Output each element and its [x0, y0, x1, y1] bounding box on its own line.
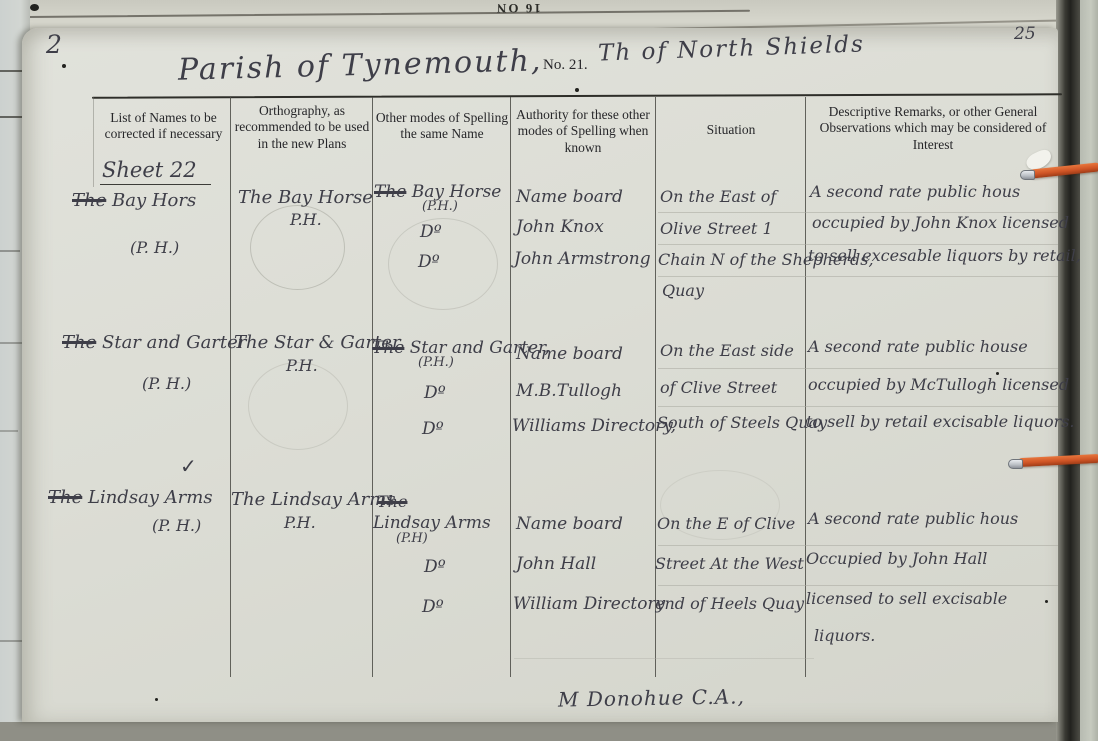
struck-word: The — [72, 190, 106, 211]
ditto-mark: Dº — [422, 597, 444, 617]
ph-abbrev: (P. H.) — [152, 516, 201, 535]
guide-line — [658, 368, 1058, 369]
ink-speck — [1045, 600, 1048, 603]
place-name: Lindsay Arms — [88, 487, 213, 508]
column-divider — [372, 97, 373, 677]
remarks-entry: Occupied by John Hall — [806, 549, 987, 568]
remarks-entry: occupied by McTullogh licensed — [808, 375, 1069, 394]
authority-entry: William Directory — [513, 594, 665, 614]
column-divider — [510, 97, 511, 677]
header-list-of-names: List of Names to be corrected if necessa… — [97, 110, 230, 143]
authority-entry: Name board — [516, 187, 623, 207]
place-name: Bay Hors — [112, 190, 196, 211]
ruled-line — [0, 640, 22, 642]
ink-speck — [575, 88, 579, 92]
ph-abbrev: (P.H) — [396, 531, 428, 546]
authority-entry: Williams Directory, — [512, 416, 676, 436]
ph-abbrev: P.H. — [284, 513, 316, 532]
embossed-stamp-ring — [248, 362, 348, 450]
header-authority: Authority for these other modes of Spell… — [512, 107, 654, 156]
struck-word: The — [372, 338, 404, 358]
remarks-entry: A second rate public hous — [810, 182, 1020, 201]
authority-entry: Name board — [516, 514, 623, 534]
check-mark: ✓ — [180, 454, 197, 478]
embossed-stamp-ring — [250, 205, 345, 290]
situation-entry: On the East of — [660, 187, 776, 206]
column-divider — [655, 97, 656, 677]
remarks-entry: to sell excesable liquors by retail, — [808, 246, 1081, 265]
other-modes-entry: Lindsay Arms — [373, 513, 491, 533]
situation-entry: Street At the West — [655, 554, 804, 573]
remarks-entry: A second rate public hous — [808, 509, 1018, 528]
ph-abbrev: (P.H.) — [418, 355, 454, 370]
sheet-heading: Sheet 22 — [100, 158, 211, 185]
remarks-entry: liquors. — [814, 626, 875, 645]
examiner-signature: M Donohue C.A., — [558, 684, 745, 711]
ink-speck — [62, 64, 66, 68]
embossed-stamp-ring — [388, 218, 498, 310]
header-situation: Situation — [657, 122, 805, 138]
ink-speck — [155, 698, 158, 701]
guide-line — [658, 244, 1058, 245]
header-orthography: Orthography, as recommended to be used i… — [233, 103, 371, 152]
ruled-line — [0, 342, 22, 344]
ditto-mark: Dº — [422, 419, 444, 439]
lace-aglet — [1008, 459, 1023, 469]
guide-line — [658, 406, 1058, 407]
overleaf-print: 16 ON — [495, 0, 541, 16]
ph-abbrev: (P. H.) — [130, 238, 179, 257]
guide-line — [658, 276, 1058, 277]
list-name-entry: The Star and Garter — [62, 332, 246, 353]
situation-entry: South of Steels Quay — [657, 413, 827, 432]
column-divider — [230, 97, 231, 677]
guide-line — [658, 585, 1058, 586]
opposite-page-sliver — [1080, 0, 1098, 741]
ruled-line — [0, 250, 20, 252]
remarks-entry: to sell by retail excisable liquors. — [806, 412, 1075, 431]
ph-abbrev: (P.H.) — [422, 199, 458, 214]
authority-entry: John Knox — [516, 217, 604, 237]
list-name-entry: The Lindsay Arms — [48, 487, 213, 508]
book-gutter-shadow — [1056, 0, 1082, 741]
page-number-left: 2 — [46, 30, 62, 59]
page-number-right: 25 — [1014, 24, 1036, 44]
lace-aglet — [1020, 170, 1035, 180]
header-other-modes: Other modes of Spelling the same Name — [375, 110, 509, 143]
remarks-entry: occupied by John Knox licensed — [812, 213, 1069, 232]
list-name-entry: The Bay Hors — [72, 190, 196, 211]
column-divider — [93, 97, 94, 187]
ink-speck — [30, 4, 39, 11]
authority-entry: Name board — [516, 344, 623, 364]
ditto-mark: Dº — [424, 383, 446, 403]
place-name: Star and Garter — [102, 332, 246, 353]
situation-entry: end of Heels Quay — [655, 594, 804, 613]
struck-word: The — [48, 487, 82, 508]
authority-entry: M.B.Tullogh — [516, 381, 622, 401]
ink-speck — [996, 372, 999, 375]
struck-word: The — [62, 332, 96, 353]
header-remarks: Descriptive Remarks, or other General Ob… — [807, 104, 1059, 153]
number-label: No. 21. — [543, 56, 588, 74]
guide-line — [658, 545, 1058, 546]
authority-entry: John Armstrong — [514, 249, 651, 269]
situation-entry: On the East side — [660, 341, 794, 360]
guide-line — [514, 658, 814, 659]
scanned-register-page: 16 ON 2 25 Parish of Tynemouth, No. 21. … — [0, 0, 1098, 741]
authority-entry: John Hall — [516, 554, 596, 574]
embossed-stamp-ring — [660, 470, 780, 540]
struck-word: The — [374, 182, 406, 202]
ruled-line — [0, 70, 24, 72]
situation-entry: of Clive Street — [660, 378, 777, 397]
ditto-mark: Dº — [424, 557, 446, 577]
orthography-entry: The Lindsay Arms — [231, 489, 396, 510]
situation-entry: Quay — [662, 281, 704, 300]
ruled-line — [0, 430, 18, 432]
struck-word: The — [377, 492, 407, 511]
situation-entry: Olive Street 1 — [660, 219, 773, 238]
ph-abbrev: (P. H.) — [142, 374, 191, 393]
remarks-entry: licensed to sell excisable — [806, 589, 1007, 608]
remarks-entry: A second rate public house — [808, 337, 1028, 356]
